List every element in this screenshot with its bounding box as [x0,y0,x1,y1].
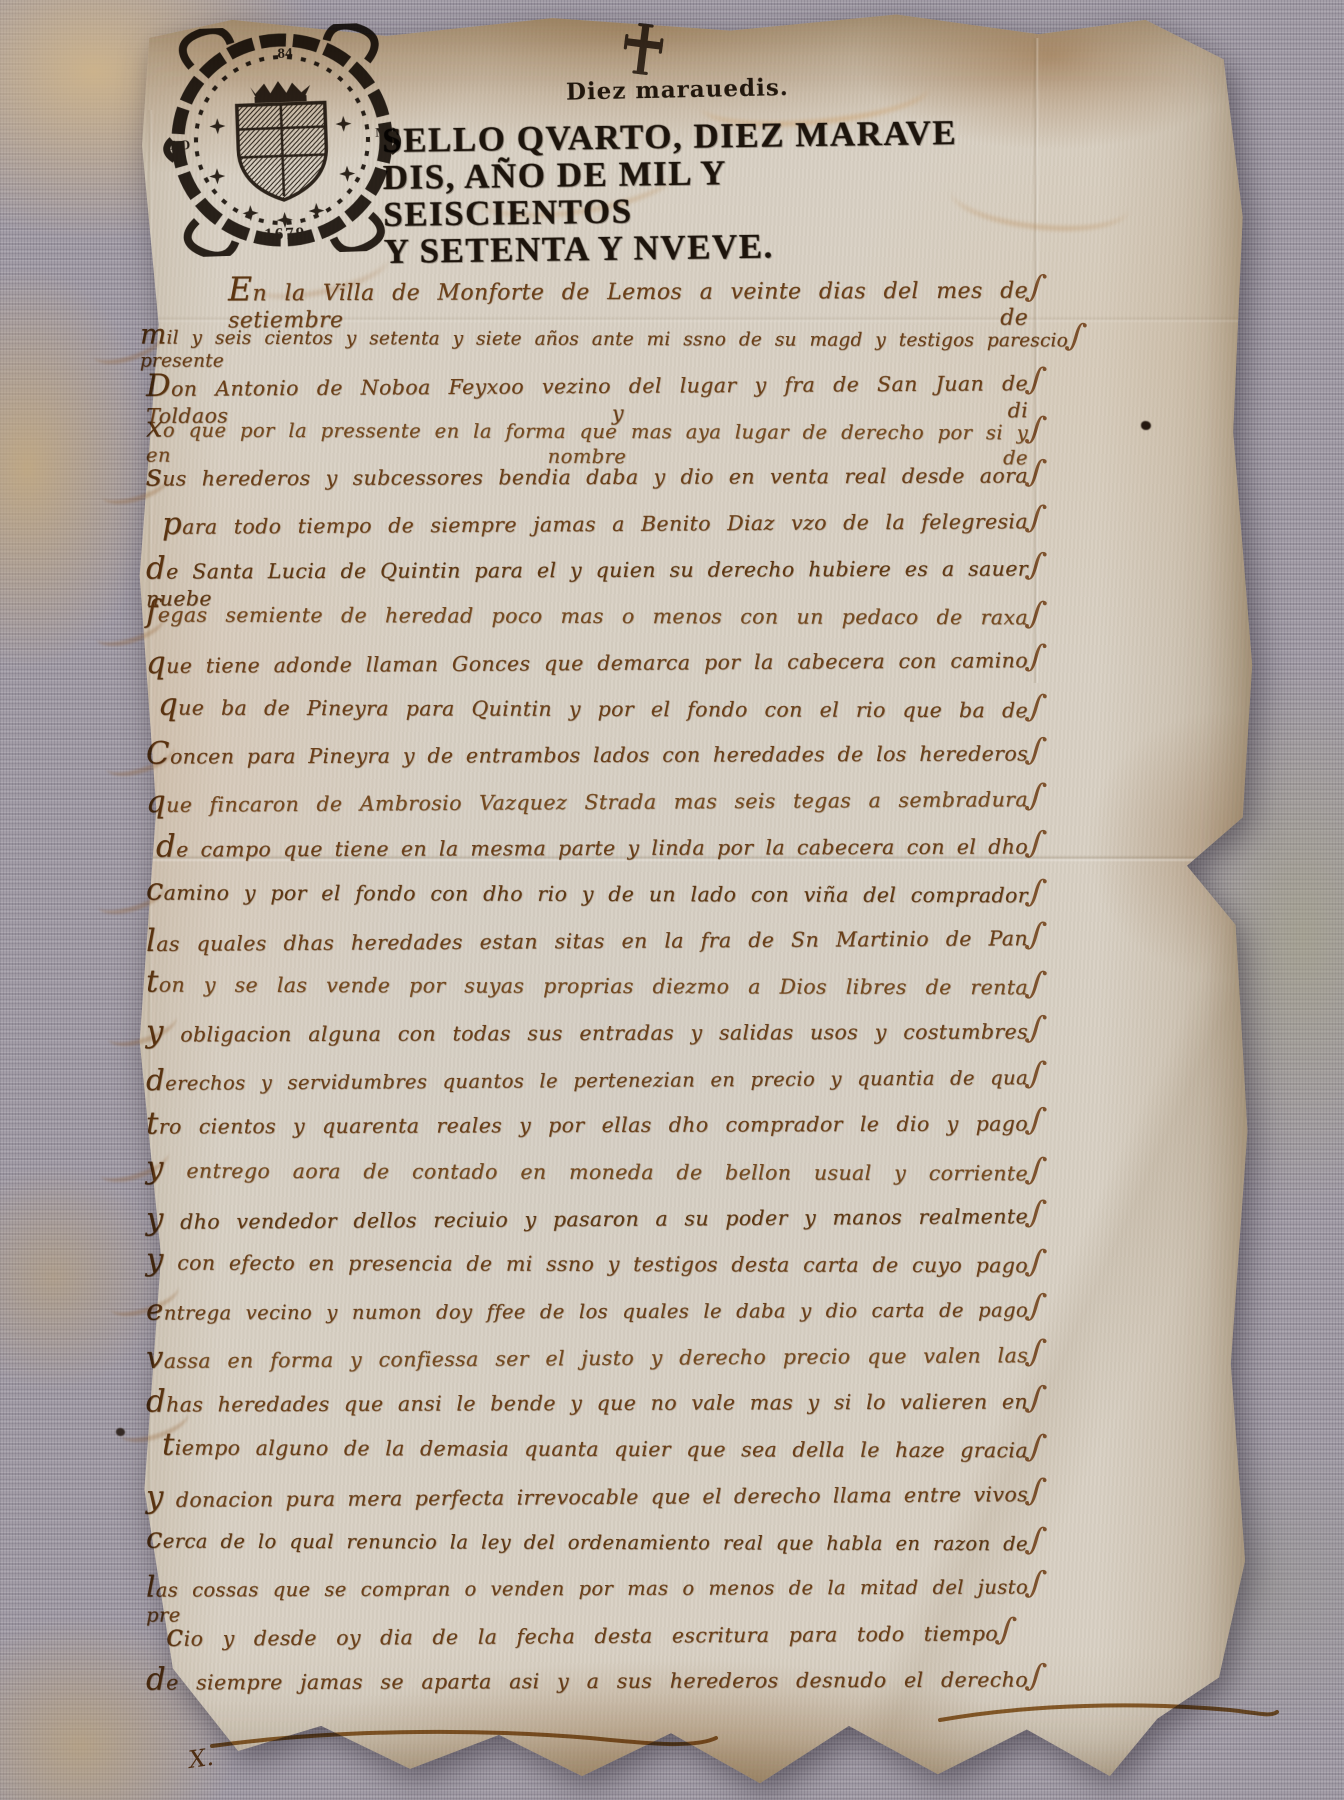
manuscript-line: que tiene adonde llaman Gonces que demar… [146,636,1062,688]
manuscript-line-text: que fincaron de Ambrosio Vazquez Strada … [146,778,1028,820]
closing-flourish: X. [150,1688,1280,1784]
manuscript-line-text: fegas semiente de heredad poco mas o men… [146,594,1028,633]
line-end-flourish-icon: ∫ [1023,820,1065,866]
manuscript-line: las quales dhas heredades estan sitas en… [146,914,1062,966]
manuscript-line: de Santa Lucia de Quintin para el y quie… [146,544,1062,593]
manuscript-line: y obligacion alguna con todas sus entrad… [146,1007,1062,1056]
line-end-flourish-icon: ∫ [1023,496,1065,542]
seal-year: 1679 [264,223,307,243]
line-end-flourish-icon: ∫ [1023,1376,1065,1422]
manuscript-line: para todo tiempo de siempre jamas a Beni… [162,498,1062,550]
manuscript-line: tro cientos y quarenta reales y por ella… [146,1100,1062,1149]
manuscript-line: En la Villa de Monforte de Lemos a veint… [228,267,1062,316]
line-end-flourish-icon: ∫ [1023,1425,1066,1471]
line-end-flourish-icon: ∫ [1023,357,1065,403]
manuscript-line: ton y se las vende por suyas proprias di… [146,961,1062,1010]
closing-x-mark: X. [185,1743,215,1774]
manuscript-line-text: para todo tiempo de siempre jamas a Beni… [162,501,1028,543]
manuscript-line-text: y con efecto en presencia de mi ssno y t… [146,1242,1028,1281]
manuscript-line: vassa en forma y confiessa ser el justo … [146,1331,1062,1383]
manuscript-line: y entrego aora de contado en moneda de b… [146,1146,1062,1195]
tax-stamp-line: Diez marauedis. [566,73,827,105]
manuscript-line-text: y entrego aora de contado en moneda de b… [146,1149,1028,1188]
line-end-flourish-icon: ∫ [1023,1240,1066,1286]
manuscript-line: cio y desde oy dia de la fecha desta esc… [166,1609,1032,1661]
line-end-flourish-icon: ∫ [1023,265,1065,311]
line-end-flourish-icon: ∫ [1023,1329,1065,1375]
manuscript-line-text: cio y desde oy dia de la fecha desta esc… [166,1612,998,1654]
line-end-flourish-icon: ∫ [1023,1468,1065,1514]
manuscript-line-text: derechos y servidumbres quantos le perte… [146,1057,1028,1097]
line-end-flourish-icon: ∫ [1023,543,1065,589]
manuscript-line-text: tro cientos y quarenta reales y por ella… [146,1103,1028,1142]
line-end-flourish-icon: ∫ [1023,592,1066,638]
manuscript-line-text: que tiene adonde llaman Gonces que demar… [146,640,1028,682]
seal-top-number: 84 [277,46,293,63]
manuscript-line: y con efecto en presencia de mi ssno y t… [146,1239,1062,1288]
manuscript-line: cerca de lo qual renuncio la ley del ord… [146,1517,1062,1566]
line-end-flourish-icon: ∫ [1023,1052,1065,1098]
manuscript-line: tiempo alguno de la demasia quanta quier… [162,1424,1062,1473]
seal-right-letters: MB [375,124,397,140]
line-end-flourish-icon: ∫ [1023,774,1065,820]
line-end-flourish-icon: ∫ [1023,728,1065,774]
line-end-flourish-icon: ∫ [1023,450,1065,496]
heading-line-2: DIS, AÑO DE MIL Y SEISCIENTOS [383,151,964,233]
manuscript-line: de campo que tiene en la mesma parte y l… [156,822,1062,871]
manuscript-line-text: Concen para Pineyra y de entrambos lados… [146,732,1028,771]
line-end-flourish-icon: ∫ [1023,870,1066,916]
manuscript-line: derechos y servidumbres quantos le perte… [146,1053,1062,1105]
underline-right [940,1705,1277,1720]
line-end-flourish-icon: ∫ [1023,913,1065,959]
line-end-flourish-icon: ∫ [1023,1191,1065,1237]
line-end-flourish-icon: ∫ [1023,1518,1066,1564]
manuscript-line-text: y donacion pura mera perfecta irrevocabl… [146,1473,1028,1515]
manuscript-line: y dho vendedor dellos reciuio y pasaron … [146,1192,1062,1244]
heading-title: SELLO QVARTO, DIEZ MARAVE DIS, AÑO DE MI… [382,114,964,270]
line-end-flourish-icon: ∫ [1023,1283,1065,1329]
manuscript-line-text: y dho vendedor dellos reciuio y pasaron … [146,1195,1028,1237]
manuscript-line-text: cerca de lo qual renuncio la ley del ord… [146,1521,1028,1558]
line-end-flourish-icon: ∫ [1023,1098,1065,1144]
manuscript-line: y donacion pura mera perfecta irrevocabl… [146,1470,1062,1522]
seal-left-letters: LO [170,138,191,154]
line-end-flourish-icon: ∫ [1023,407,1066,453]
manuscript-line: entrega vecino y numon doy ffee de los q… [146,1285,1062,1334]
ink-blot [1141,421,1151,430]
line-end-flourish-icon: ∫ [993,1607,1035,1653]
manuscript-line: que fincaron de Ambrosio Vazquez Strada … [146,775,1062,827]
royal-seal-stamp: 84 LO MB 1679 [154,22,410,259]
manuscript-line-text: sus herederos y subcessores bendia daba … [146,455,1028,494]
ink-blot [116,1428,125,1436]
line-end-flourish-icon: ∫ [1063,314,1106,360]
manuscript-line-text: entrega vecino y numon doy ffee de los q… [146,1289,1028,1326]
line-end-flourish-icon: ∫ [1023,635,1065,681]
manuscript-line: camino y por el fondo con dho rio y de u… [146,868,1062,917]
manuscript-line: fegas semiente de heredad poco mas o men… [146,591,1062,640]
manuscript-line: mil y seis cientos y setenta y siete año… [140,313,1102,362]
manuscript-line: las cossas que se compran o venden por m… [146,1563,1062,1612]
manuscript-line: Don Antonio de Noboa Feyxoo vezino del l… [146,359,1062,411]
manuscript-line: xo que por la pressente en la forma que … [146,405,1062,454]
line-end-flourish-icon: ∫ [1023,1006,1065,1052]
photo-of-document: Diez marauedis. SELLO QVARTO, DIEZ MARAV… [0,0,1344,1800]
manuscript-block: En la Villa de Monforte de Lemos a veint… [146,268,1062,1703]
manuscript-line: sus herederos y subcessores bendia daba … [146,452,1062,501]
line-end-flourish-icon: ∫ [1023,1147,1066,1193]
line-end-flourish-icon: ∫ [1023,1561,1065,1607]
manuscript-line-text: dhas heredades que ansi le bende y que n… [146,1381,1028,1420]
manuscript-line-text: y obligacion alguna con todas sus entrad… [146,1010,1028,1049]
manuscript-line-text: tiempo alguno de la demasia quanta quier… [162,1427,1028,1466]
manuscript-line: dhas heredades que ansi le bende y que n… [146,1378,1062,1427]
manuscript-line-text: de campo que tiene en la mesma parte y l… [156,825,1028,864]
manuscript-line-text: que ba de Pineyra para Quintin y por el … [158,686,1028,725]
manuscript-line-text: ton y se las vende por suyas proprias di… [146,964,1028,1003]
manuscript-line-text: vassa en forma y confiessa ser el justo … [146,1334,1028,1376]
underline-left [212,1732,716,1746]
cross-icon [619,20,667,79]
manuscript-line: que ba de Pineyra para Quintin y por el … [158,683,1062,732]
manuscript-line: Concen para Pineyra y de entrambos lados… [146,729,1062,778]
manuscript-line-text: camino y por el fondo con dho rio y de u… [146,871,1028,910]
line-end-flourish-icon: ∫ [1023,962,1066,1008]
manuscript-line-text: las quales dhas heredades estan sitas en… [146,917,1028,959]
line-end-flourish-icon: ∫ [1023,684,1066,730]
